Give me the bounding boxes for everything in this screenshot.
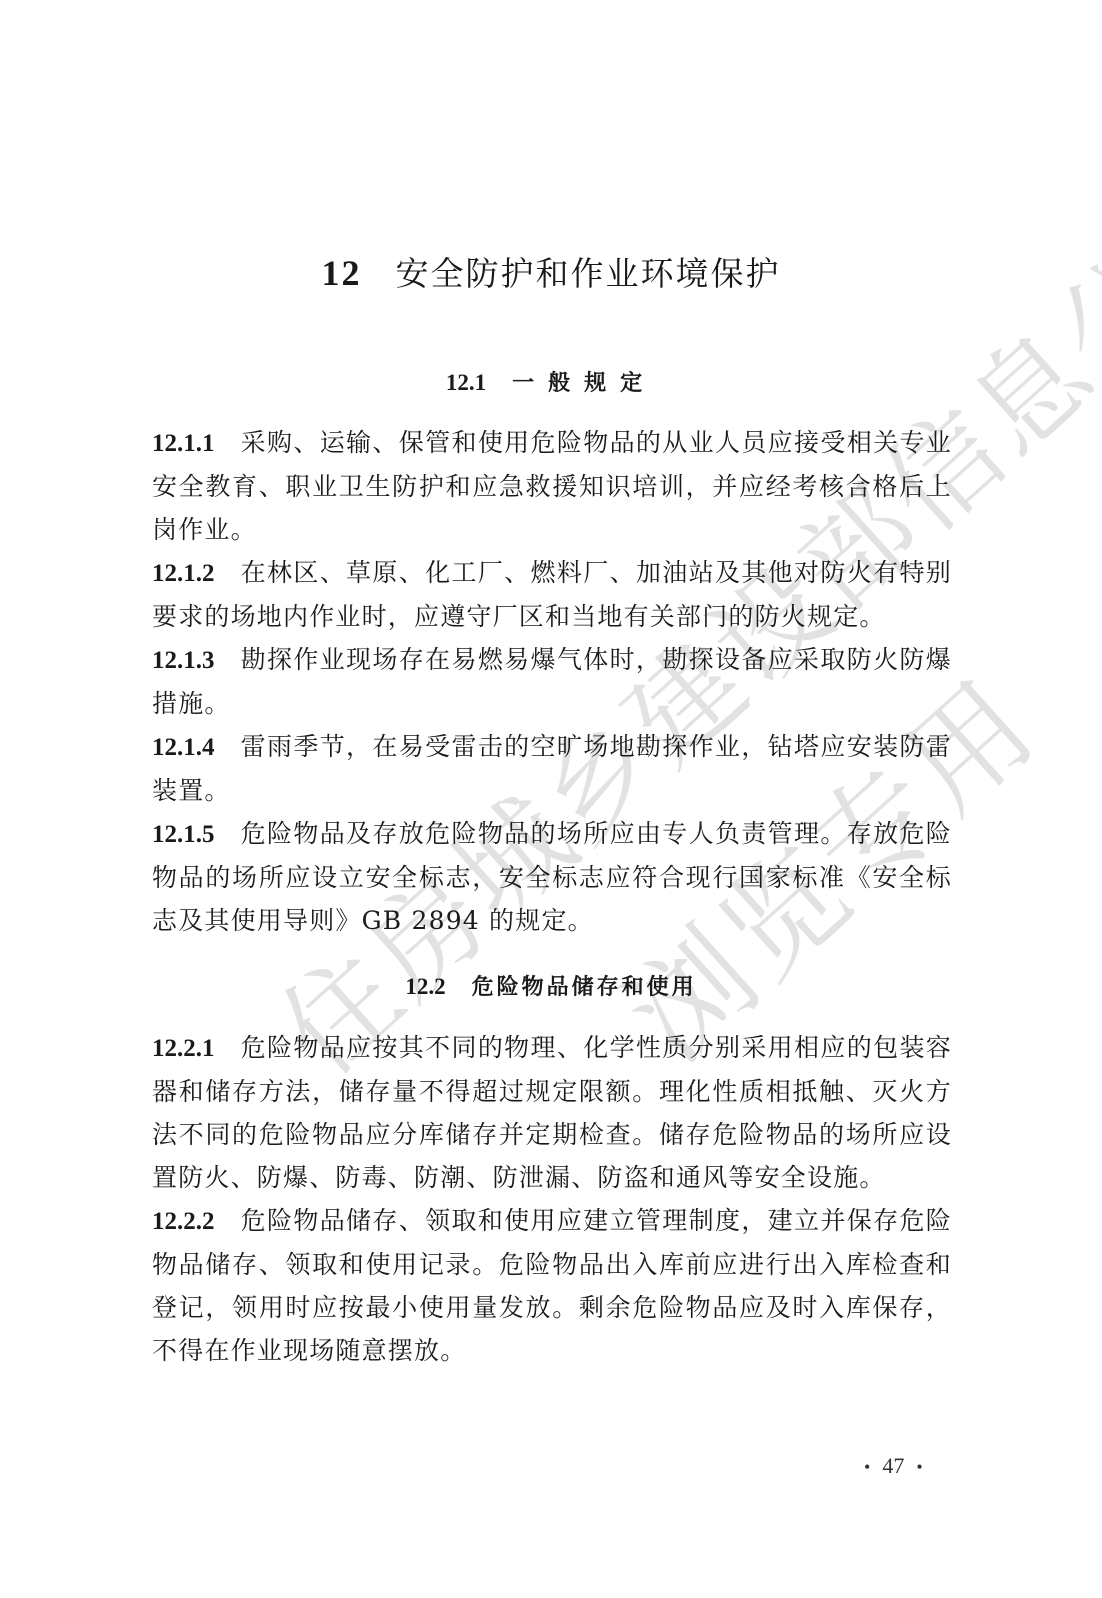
clause-text: 雷雨季节，在易受雷击的空旷场地勘探作业，钻塔应安装防雷装置。 [152,732,952,805]
section-number: 12.2 [405,974,445,999]
chapter-title: 12安全防护和作业环境保护 [0,248,1102,295]
clause-text: 危险物品储存、领取和使用应建立管理制度，建立并保存危险物品储存、领取和使用记录。… [152,1206,952,1365]
section-title-12-2: 12.2危险物品储存和使用 [0,970,1102,1001]
page-number-value: 47 [882,1453,904,1478]
page-number-dot-right: • [916,1457,922,1477]
section-body-12-1: 12.1.1采购、运输、保管和使用危险物品的从业人员应接受相关专业安全教育、职业… [152,421,952,942]
clause-number: 12.1.1 [152,430,215,457]
section-title-12-1: 12.1一般规定 [0,366,1102,397]
clause-number: 12.1.5 [152,821,215,848]
clause-12-1-4: 12.1.4雷雨季节，在易受雷击的空旷场地勘探作业，钻塔应安装防雷装置。 [152,725,952,812]
chapter-title-text: 安全防护和作业环境保护 [396,254,781,293]
clause-12-1-2: 12.1.2在林区、草原、化工厂、燃料厂、加油站及其他对防火有特别要求的场地内作… [152,551,952,638]
chapter-number: 12 [322,253,362,293]
clause-number: 12.1.4 [152,734,215,761]
section-title-text: 一般规定 [512,371,656,396]
clause-12-2-2: 12.2.2危险物品储存、领取和使用应建立管理制度，建立并保存危险物品储存、领取… [152,1199,952,1372]
page-number: •47• [852,1453,935,1479]
clause-text: 危险物品应按其不同的物理、化学性质分别采用相应的包装容器和储存方法，储存量不得超… [152,1033,952,1192]
clause-text: 采购、运输、保管和使用危险物品的从业人员应接受相关专业安全教育、职业卫生防护和应… [152,428,952,544]
clause-text: 危险物品及存放危险物品的场所应由专人负责管理。存放危险物品的场所应设立安全标志，… [152,819,952,935]
clause-number: 12.1.3 [152,647,215,674]
document-page: 住房城乡建设部信息公开 浏览专用 12安全防护和作业环境保护 12.1一般规定 … [0,0,1102,1598]
clause-number: 12.2.1 [152,1035,215,1062]
clause-12-2-1: 12.2.1危险物品应按其不同的物理、化学性质分别采用相应的包装容器和储存方法，… [152,1026,952,1199]
section-body-12-2: 12.2.1危险物品应按其不同的物理、化学性质分别采用相应的包装容器和储存方法，… [152,1026,952,1372]
clause-text: 勘探作业现场存在易燃易爆气体时，勘探设备应采取防火防爆措施。 [152,645,952,718]
page-number-dot-left: • [864,1457,870,1477]
clause-12-1-3: 12.1.3勘探作业现场存在易燃易爆气体时，勘探设备应采取防火防爆措施。 [152,638,952,725]
clause-text: 在林区、草原、化工厂、燃料厂、加油站及其他对防火有特别要求的场地内作业时，应遵守… [152,558,952,631]
clause-12-1-5: 12.1.5危险物品及存放危险物品的场所应由专人负责管理。存放危险物品的场所应设… [152,812,952,942]
clause-number: 12.1.2 [152,560,215,587]
section-title-text: 危险物品储存和使用 [472,975,697,1000]
section-number: 12.1 [446,370,486,395]
clause-12-1-1: 12.1.1采购、运输、保管和使用危险物品的从业人员应接受相关专业安全教育、职业… [152,421,952,551]
clause-number: 12.2.2 [152,1208,215,1235]
